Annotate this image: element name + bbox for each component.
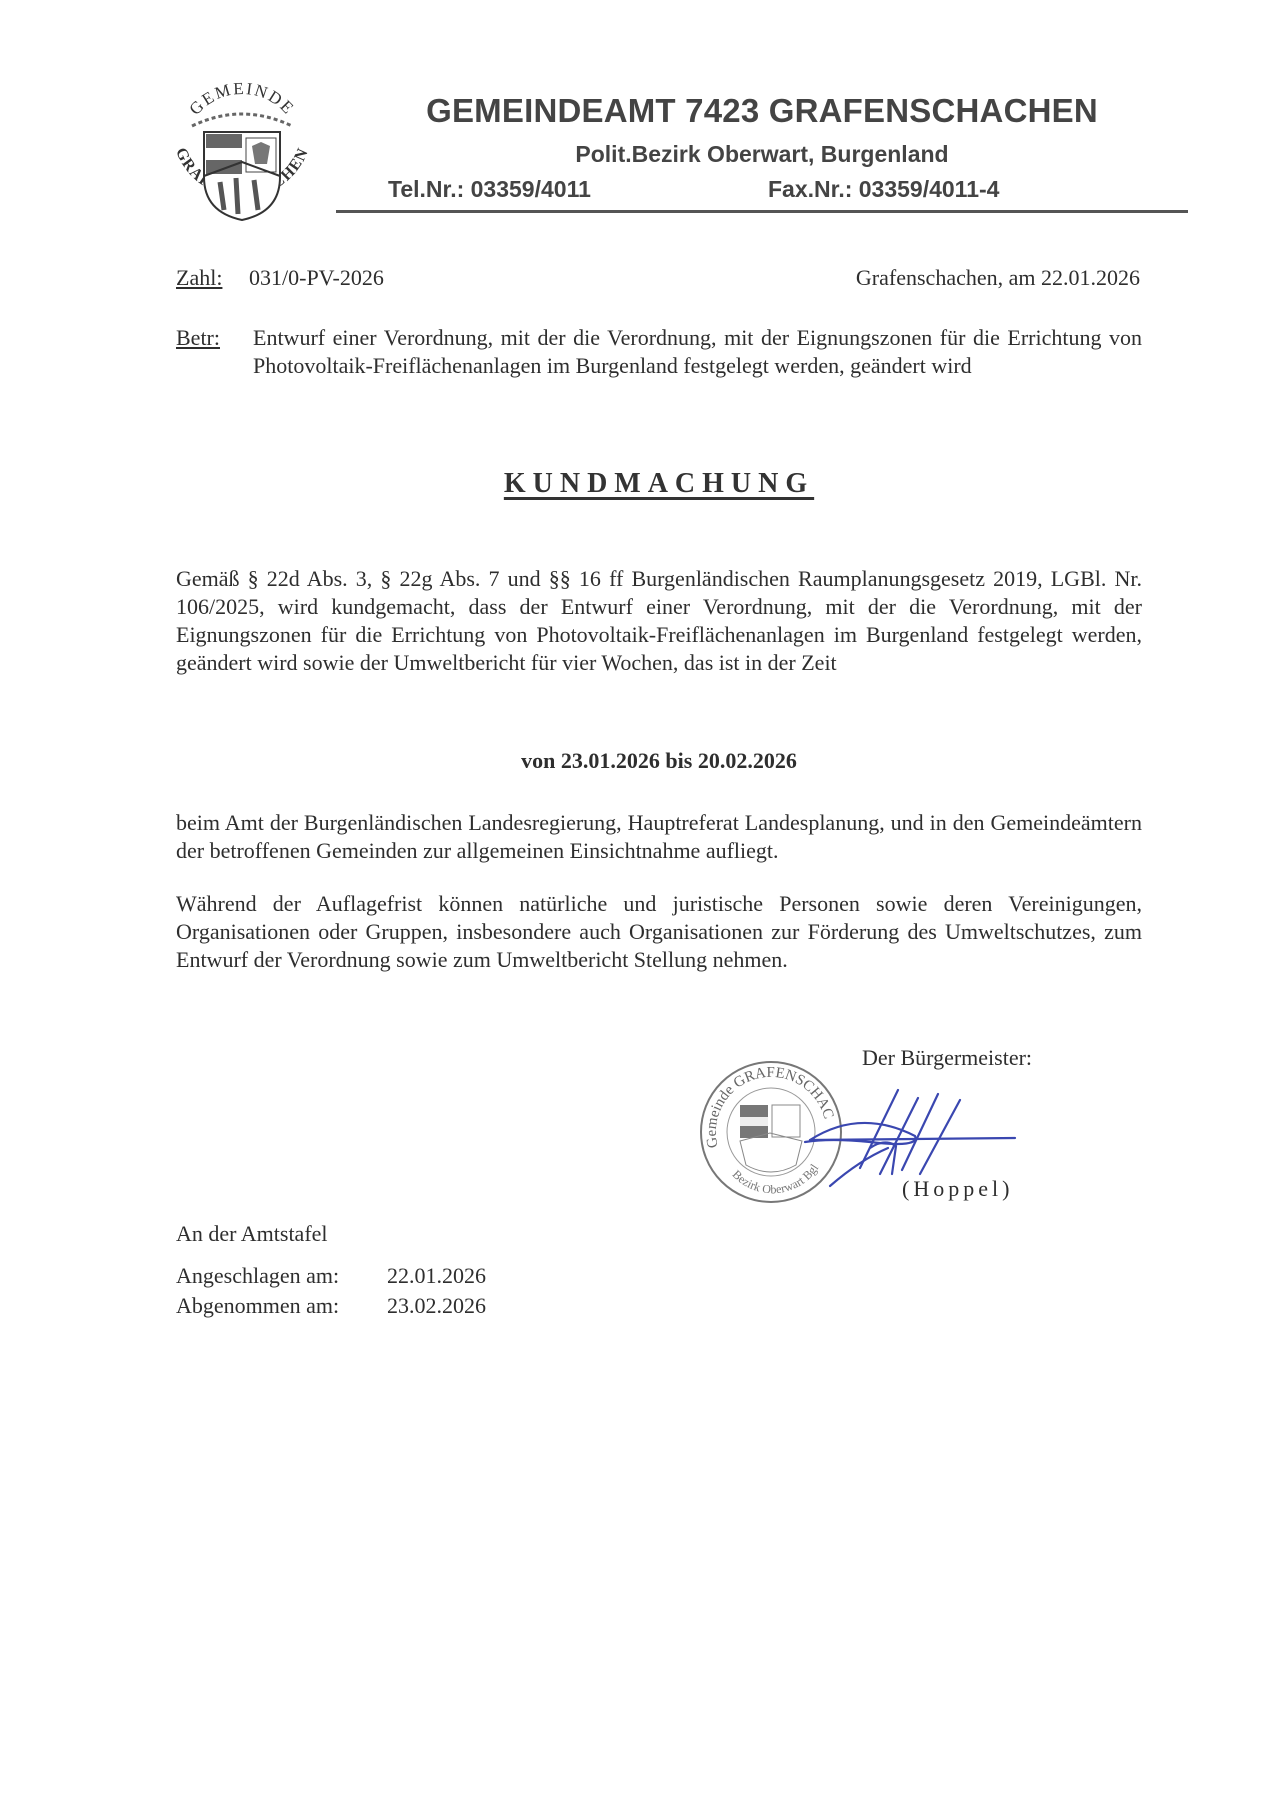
subject-label: Betr:: [176, 324, 220, 352]
posting-heading: An der Amtstafel: [176, 1220, 328, 1248]
removed-on-label: Abgenommen am:: [176, 1292, 339, 1320]
notice-paragraph-comments: Während der Auflagefrist können natürlic…: [176, 890, 1142, 974]
office-title: GEMEINDEAMT 7423 GRAFENSCHACHEN: [382, 92, 1142, 130]
reference-number: 031/0-PV-2026: [249, 264, 384, 292]
posted-on-date: 22.01.2026: [387, 1262, 486, 1290]
display-period: von 23.01.2026 bis 20.02.2026: [176, 747, 1142, 775]
office-district: Polit.Bezirk Oberwart, Burgenland: [382, 141, 1142, 168]
fax-number: Fax.Nr.: 03359/4011-4: [768, 176, 999, 203]
mayor-name: (Hoppel): [902, 1175, 1013, 1203]
subject-text: Entwurf einer Verordnung, mit der die Ve…: [253, 324, 1142, 380]
phone-number: Tel.Nr.: 03359/4011: [388, 176, 591, 203]
reference-number-label: Zahl:: [176, 264, 222, 292]
notice-paragraph-legal-basis: Gemäß § 22d Abs. 3, § 22g Abs. 7 und §§ …: [176, 565, 1142, 677]
posted-on-label: Angeschlagen am:: [176, 1262, 339, 1290]
mayor-label: Der Bürgermeister:: [862, 1044, 1032, 1072]
place-and-date: Grafenschachen, am 22.01.2026: [856, 264, 1140, 292]
notice-paragraph-location: beim Amt der Burgenländischen Landesregi…: [176, 809, 1142, 865]
removed-on-date: 23.02.2026: [387, 1292, 486, 1320]
coat-of-arms-icon: GEMEINDE GRAFENSCHACHEN: [162, 82, 322, 248]
document-title: KUNDMACHUNG: [176, 468, 1142, 500]
header-divider: [336, 210, 1188, 213]
